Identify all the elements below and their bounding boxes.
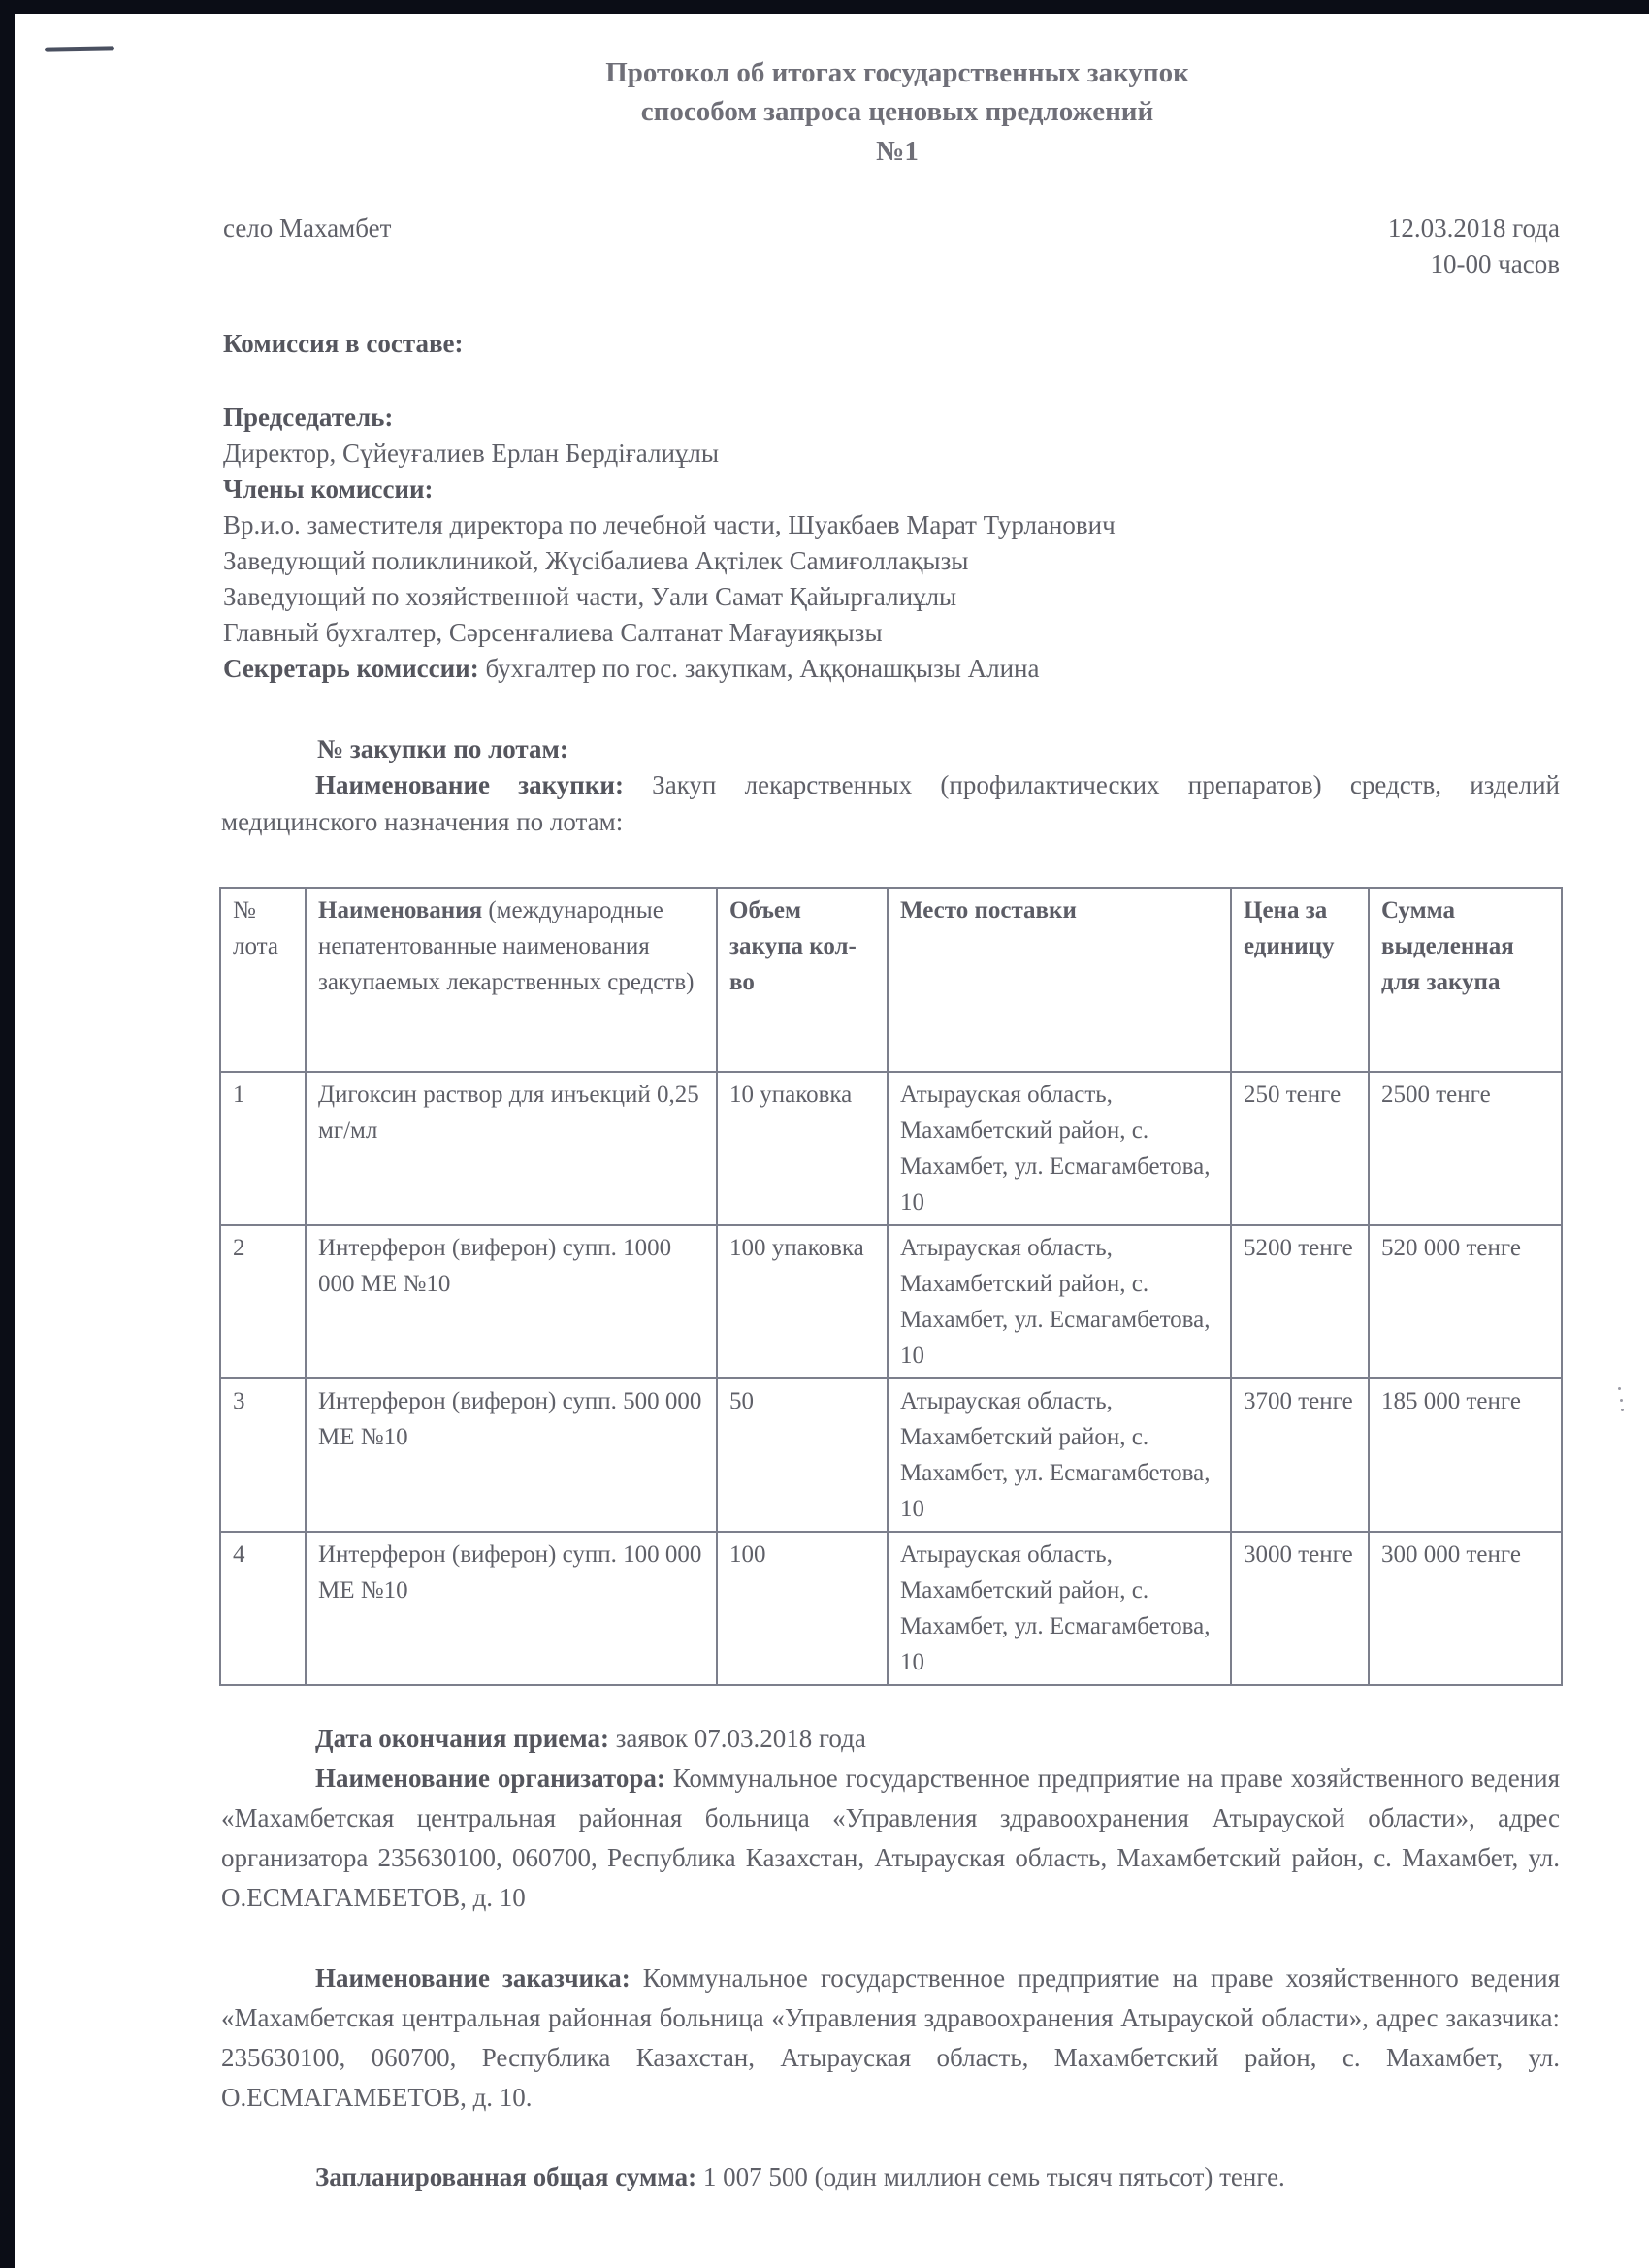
lots-table: № лота Наименования (международные непат… <box>219 887 1563 1686</box>
cell-lot: 4 <box>220 1532 306 1685</box>
deadline-value: заявок 07.03.2018 года <box>609 1724 866 1753</box>
members-label: Члены комиссии: <box>223 471 434 507</box>
cell-place: Атырауская область, Махамбетский район, … <box>888 1072 1231 1225</box>
cell-lot: 2 <box>220 1225 306 1378</box>
cell-volume: 10 упаковка <box>717 1072 888 1225</box>
cell-place: Атырауская область, Махамбетский район, … <box>888 1378 1231 1532</box>
pen-mark <box>45 46 114 51</box>
table-row: 2 Интерферон (виферон) супп. 1000 000 МЕ… <box>220 1225 1562 1378</box>
deadline: Дата окончания приема: заявок 07.03.2018… <box>221 1719 1560 1759</box>
planned-total-value: 1 007 500 (один миллион семь тысяч пятьс… <box>696 2162 1285 2191</box>
cell-lot: 3 <box>220 1378 306 1532</box>
place: село Махамбет <box>223 211 391 246</box>
cell-sum: 185 000 тенге <box>1369 1378 1562 1532</box>
member-2: Заведующий поликлиникой, Жүсібалиева Ақт… <box>223 543 968 579</box>
header-sum: Сумма выделенная для закупа <box>1369 888 1562 1072</box>
cell-unit-price: 3000 тенге <box>1231 1532 1369 1685</box>
header-place: Место поставки <box>888 888 1231 1072</box>
table-row: 1 Дигоксин раствор для инъекций 0,25 мг/… <box>220 1072 1562 1225</box>
organizer: Наименование организатора: Коммунальное … <box>221 1759 1560 1918</box>
planned-total-label: Запланированная общая сумма: <box>315 2162 696 2191</box>
cell-name: Интерферон (виферон) супп. 100 000 МЕ №1… <box>306 1532 717 1685</box>
cell-unit-price: 5200 тенге <box>1231 1225 1369 1378</box>
document-number: №1 <box>0 132 1649 171</box>
header-unit-price: Цена за единицу <box>1231 888 1369 1072</box>
cell-unit-price: 250 тенге <box>1231 1072 1369 1225</box>
cell-name: Интерферон (виферон) супп. 1000 000 МЕ №… <box>306 1225 717 1378</box>
table-row: 3 Интерферон (виферон) супп. 500 000 МЕ … <box>220 1378 1562 1532</box>
secretary: Секретарь комиссии: бухгалтер по гос. за… <box>223 651 1039 687</box>
cell-sum: 2500 тенге <box>1369 1072 1562 1225</box>
cell-volume: 100 упаковка <box>717 1225 888 1378</box>
member-3: Заведующий по хозяйственной части, Уали … <box>223 579 956 615</box>
time: 10-00 часов <box>1172 246 1560 282</box>
cell-lot: 1 <box>220 1072 306 1225</box>
customer: Наименование заказчика: Коммунальное гос… <box>221 1959 1560 2118</box>
scan-specks <box>1618 1387 1624 1414</box>
date: 12.03.2018 года <box>1172 211 1560 246</box>
commission-heading: Комиссия в составе: <box>223 326 464 362</box>
planned-total: Запланированная общая сумма: 1 007 500 (… <box>221 2157 1560 2197</box>
lots-heading: № закупки по лотам: <box>317 731 568 767</box>
cell-name: Дигоксин раствор для инъекций 0,25 мг/мл <box>306 1072 717 1225</box>
document-title-line-2: способом запроса ценовых предложений <box>0 92 1649 131</box>
scan-border-left <box>0 0 15 2268</box>
table-row: 4 Интерферон (виферон) супп. 100 000 МЕ … <box>220 1532 1562 1685</box>
deadline-label: Дата окончания приема: <box>315 1724 609 1753</box>
chairman-label: Председатель: <box>223 400 393 436</box>
cell-place: Атырауская область, Махамбетский район, … <box>888 1225 1231 1378</box>
organizer-label: Наименование организатора: <box>315 1764 665 1793</box>
cell-volume: 100 <box>717 1532 888 1685</box>
header-lot-no: № лота <box>220 888 306 1072</box>
scan-border-top <box>0 0 1649 14</box>
purchase-name-label: Наименование закупки: <box>315 770 624 799</box>
customer-label: Наименование заказчика: <box>315 1963 630 1993</box>
cell-place: Атырауская область, Махамбетский район, … <box>888 1532 1231 1685</box>
secretary-value: бухгалтер по гос. закупкам, Аққонашқызы … <box>479 654 1040 683</box>
member-1: Вр.и.о. заместителя директора по лечебно… <box>223 507 1115 543</box>
cell-unit-price: 3700 тенге <box>1231 1378 1369 1532</box>
header-name: Наименования (международные непатентован… <box>306 888 717 1072</box>
cell-volume: 50 <box>717 1378 888 1532</box>
secretary-label: Секретарь комиссии: <box>223 654 479 683</box>
chairman: Директор, Сүйеуғалиев Ерлан Бердіғалиұлы <box>223 436 719 471</box>
cell-sum: 520 000 тенге <box>1369 1225 1562 1378</box>
purchase-name: Наименование закупки: Закуп лекарственны… <box>221 766 1560 840</box>
table-header-row: № лота Наименования (международные непат… <box>220 888 1562 1072</box>
header-volume: Объем закупа кол-во <box>717 888 888 1072</box>
cell-name: Интерферон (виферон) супп. 500 000 МЕ №1… <box>306 1378 717 1532</box>
document-title-line-1: Протокол об итогах государственных закуп… <box>0 53 1649 92</box>
member-4: Главный бухгалтер, Сәрсенғалиева Салтана… <box>223 615 883 651</box>
header-name-bold: Наименования <box>318 897 482 923</box>
cell-sum: 300 000 тенге <box>1369 1532 1562 1685</box>
